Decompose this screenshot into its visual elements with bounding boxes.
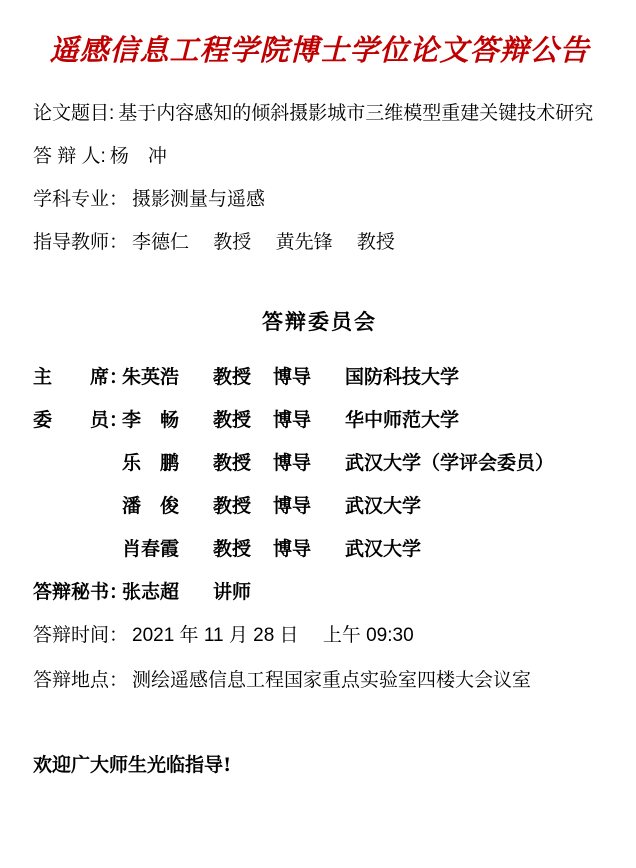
secretary-rank: 讲师 bbox=[213, 580, 273, 604]
defense-venue-value: 测绘遥感信息工程国家重点实验室四楼大会议室 bbox=[132, 670, 531, 691]
committee-member-affiliation: 国防科技大学 bbox=[345, 365, 606, 389]
secretary-row: 答辩秘书： 张志超 讲师 bbox=[33, 580, 606, 604]
committee-row: 乐 鹏 教授 博导 武汉大学（学评会委员） bbox=[33, 451, 606, 475]
committee-member-name: 肖春霞 bbox=[122, 537, 213, 561]
committee-member-sup: 博导 bbox=[273, 365, 345, 389]
committee-member-rank: 教授 bbox=[213, 451, 273, 475]
defense-time-line: 答辩时间：2021 年 11 月 28 日 上午 09:30 bbox=[33, 623, 606, 648]
committee-row: 潘 俊 教授 博导 武汉大学 bbox=[33, 494, 606, 518]
candidate-line: 答 辩 人:杨 冲 bbox=[33, 145, 606, 169]
major-line: 学科专业：摄影测量与遥感 bbox=[33, 188, 606, 212]
committee-role bbox=[33, 451, 122, 475]
advisor-value: 李德仁 教授 黄先锋 教授 bbox=[132, 232, 395, 253]
committee-heading: 答辩委员会 bbox=[33, 309, 606, 335]
committee-member-sup: 博导 bbox=[273, 494, 345, 518]
page-title: 遥感信息工程学院博士学位论文答辩公告 bbox=[33, 28, 606, 72]
defense-venue-line: 答辩地点：测绘遥感信息工程国家重点实验室四楼大会议室 bbox=[33, 668, 606, 693]
committee-member-rank: 教授 bbox=[213, 408, 273, 432]
committee-row: 委 员： 李 畅 教授 博导 华中师范大学 bbox=[33, 408, 606, 432]
committee-member-name: 李 畅 bbox=[122, 408, 213, 432]
committee-member-affiliation: 武汉大学 bbox=[345, 494, 606, 518]
committee-member-rank: 教授 bbox=[213, 494, 273, 518]
defense-time-label: 答辩时间： bbox=[33, 625, 128, 646]
candidate-label: 答 辩 人: bbox=[33, 146, 106, 167]
thesis-title-value: 基于内容感知的倾斜摄影城市三维模型重建关键技术研究 bbox=[118, 103, 593, 124]
committee-member-name: 朱英浩 bbox=[122, 365, 213, 389]
committee-member-sup: 博导 bbox=[273, 537, 345, 561]
candidate-value: 杨 冲 bbox=[110, 146, 167, 167]
defense-venue-label: 答辩地点： bbox=[33, 670, 128, 691]
committee-row: 肖春霞 教授 博导 武汉大学 bbox=[33, 537, 606, 561]
thesis-title-line: 论文题目:基于内容感知的倾斜摄影城市三维模型重建关键技术研究 bbox=[33, 102, 606, 126]
advisor-line: 指导教师：李德仁 教授 黄先锋 教授 bbox=[33, 231, 606, 255]
committee-row: 主 席： 朱英浩 教授 博导 国防科技大学 bbox=[33, 365, 606, 389]
committee-role bbox=[33, 494, 122, 518]
committee-member-rank: 教授 bbox=[213, 365, 273, 389]
committee-member-affiliation: 武汉大学（学评会委员） bbox=[345, 451, 606, 475]
major-value: 摄影测量与遥感 bbox=[132, 189, 265, 210]
thesis-title-label: 论文题目: bbox=[33, 103, 114, 124]
committee-member-affiliation: 华中师范大学 bbox=[345, 408, 606, 432]
committee-role bbox=[33, 537, 122, 561]
announcement-document: 遥感信息工程学院博士学位论文答辩公告 论文题目:基于内容感知的倾斜摄影城市三维模… bbox=[0, 0, 636, 868]
committee-member-sup: 博导 bbox=[273, 408, 345, 432]
advisor-label: 指导教师： bbox=[33, 232, 128, 253]
committee-role: 委 员： bbox=[33, 408, 122, 432]
committee-member-name: 潘 俊 bbox=[122, 494, 213, 518]
secretary-name: 张志超 bbox=[122, 580, 213, 604]
secretary-label: 答辩秘书： bbox=[33, 580, 122, 604]
defense-time-value: 2021 年 11 月 28 日 上午 09:30 bbox=[132, 625, 414, 646]
committee-member-sup: 博导 bbox=[273, 451, 345, 475]
welcome-message: 欢迎广大师生光临指导! bbox=[33, 753, 606, 778]
committee-role: 主 席： bbox=[33, 365, 122, 389]
committee-member-name: 乐 鹏 bbox=[122, 451, 213, 475]
committee-member-affiliation: 武汉大学 bbox=[345, 537, 606, 561]
major-label: 学科专业： bbox=[33, 189, 128, 210]
committee-member-rank: 教授 bbox=[213, 537, 273, 561]
